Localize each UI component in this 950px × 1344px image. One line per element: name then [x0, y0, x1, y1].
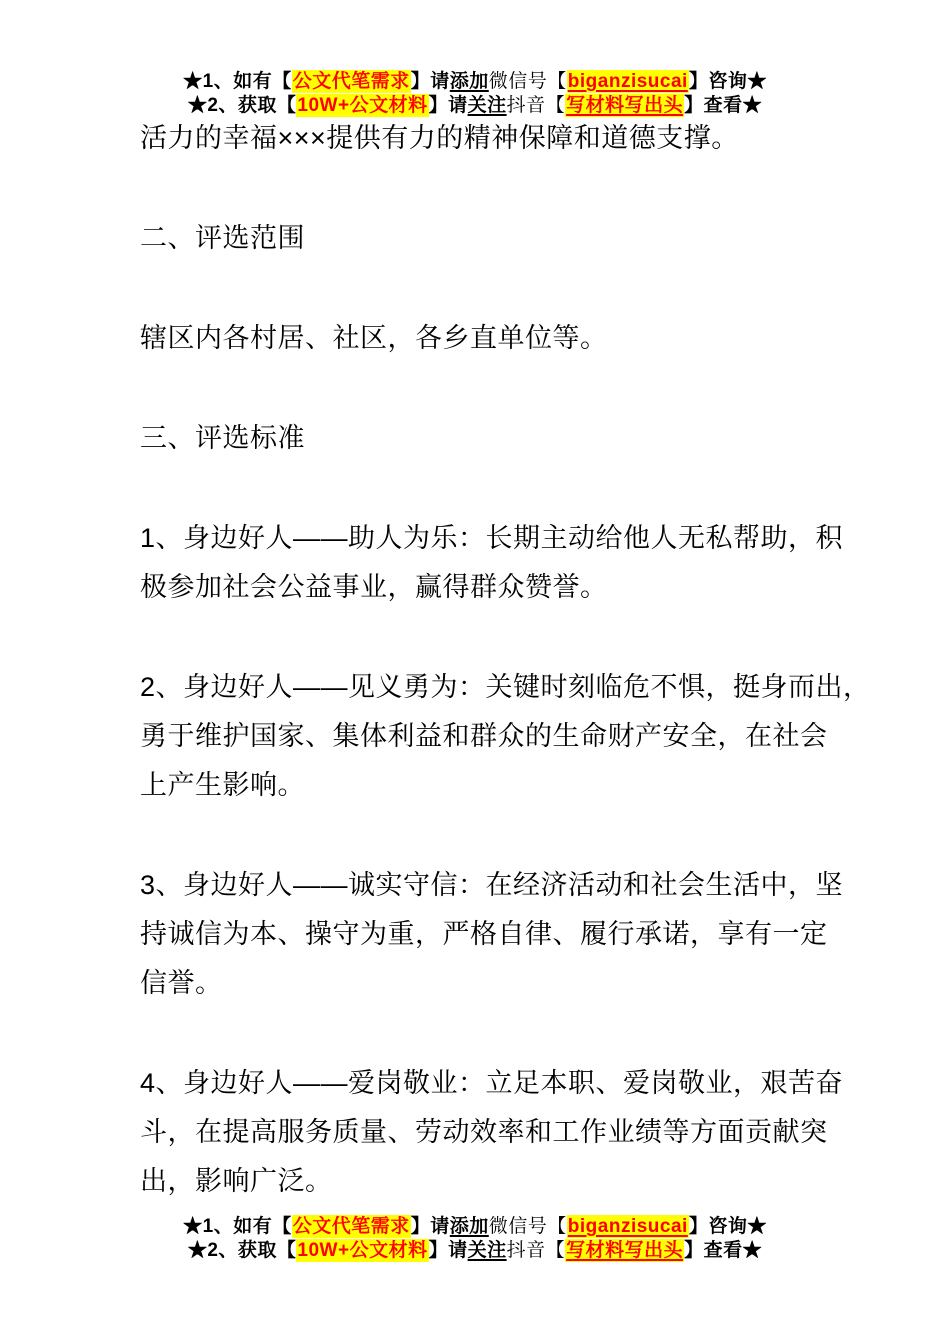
text-line: 斗，在提高服务质量、劳动效率和工作业绩等方面贡献突: [140, 1117, 828, 1147]
promo-text: 微信号【: [489, 1216, 567, 1237]
promo-banner-top: ★1、如有【公文代笔需求】请添加微信号【biganzisucai】咨询★★2、获…: [0, 70, 950, 118]
text-line: 持诚信为本、操守为重，严格自律、履行承诺，享有一定: [140, 919, 828, 949]
promo-highlight-text: 写材料写出头: [565, 1239, 684, 1262]
paragraph: 2、身边好人——见义勇为：关键时刻临危不惧，挺身而出，勇于维护国家、集体利益和群…: [140, 663, 854, 810]
promo-text: 抖音【: [507, 1240, 566, 1261]
promo-text: ★1、如有【: [183, 71, 292, 92]
promo-text: 添加: [450, 1216, 489, 1237]
promo-text: 】咨询★: [689, 1216, 767, 1237]
document-page: { "colors": { "text": "#000000", "red": …: [0, 0, 950, 1344]
paragraph: 4、身边好人——爱岗敬业：立足本职、爱岗敬业，艰苦奋斗，在提高服务质量、劳动效率…: [140, 1059, 854, 1206]
text-line: 信誉。: [140, 968, 223, 998]
text-line: 出，影响广泛。: [140, 1166, 333, 1196]
promo-text: 】查看★: [684, 95, 762, 116]
promo-text: ★2、获取【: [188, 1240, 297, 1261]
text-line: 勇于维护国家、集体利益和群众的生命财产安全，在社会: [140, 721, 828, 751]
promo-highlight-text: 公文代笔需求: [292, 70, 411, 93]
promo-text: 】查看★: [684, 1240, 762, 1261]
text-line: 3、身边好人——诚实守信：在经济活动和社会生活中，坚: [140, 870, 843, 900]
paragraph: 3、身边好人——诚实守信：在经济活动和社会生活中，坚持诚信为本、操守为重，严格自…: [140, 861, 854, 1008]
promo-line: ★2、获取【10W+公文材料】请关注抖音【写材料写出头】查看★: [0, 1239, 950, 1263]
promo-line: ★1、如有【公文代笔需求】请添加微信号【biganzisucai】咨询★: [0, 70, 950, 94]
promo-text: 】请: [429, 1240, 468, 1261]
page: ★1、如有【公文代笔需求】请添加微信号【biganzisucai】咨询★★2、获…: [0, 0, 950, 1344]
promo-text: 抖音【: [507, 95, 566, 116]
text-line: 辖区内各村居、社区，各乡直单位等。: [140, 323, 608, 353]
text-line: 二、评选范围: [140, 223, 305, 253]
promo-line: ★1、如有【公文代笔需求】请添加微信号【biganzisucai】咨询★: [0, 1215, 950, 1239]
promo-text: 添加: [450, 71, 489, 92]
text-line: 三、评选标准: [140, 423, 305, 453]
text-line: 1、身边好人——助人为乐：长期主动给他人无私帮助，积: [140, 523, 843, 553]
paragraph: 活力的幸福×××提供有力的精神保障和道德支撑。: [140, 114, 854, 163]
promo-text: 】请: [411, 1216, 450, 1237]
promo-text: ★1、如有【: [183, 1216, 292, 1237]
promo-text: 】咨询★: [689, 71, 767, 92]
document-body: 活力的幸福×××提供有力的精神保障和道德支撑。二、评选范围辖区内各村居、社区，各…: [140, 114, 854, 1206]
promo-text: 关注: [468, 1240, 507, 1261]
section-heading: 三、评选标准: [140, 414, 854, 463]
promo-highlight-text: 公文代笔需求: [292, 1215, 411, 1238]
text-line: 极参加社会公益事业，赢得群众赞誉。: [140, 572, 608, 602]
promo-highlight-text: biganzisucai: [567, 70, 689, 93]
text-line: 活力的幸福×××提供有力的精神保障和道德支撑。: [140, 123, 739, 153]
promo-text: ★2、获取【: [188, 95, 297, 116]
promo-highlight-text: 10W+公文材料: [296, 1239, 428, 1262]
promo-banner-bottom: ★1、如有【公文代笔需求】请添加微信号【biganzisucai】咨询★★2、获…: [0, 1215, 950, 1263]
section-heading: 二、评选范围: [140, 214, 854, 263]
text-line: 4、身边好人——爱岗敬业：立足本职、爱岗敬业，艰苦奋: [140, 1068, 843, 1098]
paragraph: 辖区内各村居、社区，各乡直单位等。: [140, 314, 854, 363]
promo-text: 微信号【: [489, 71, 567, 92]
text-line: 上产生影响。: [140, 770, 305, 800]
promo-highlight-text: biganzisucai: [567, 1215, 689, 1238]
promo-text: 】请: [429, 95, 468, 116]
promo-text: 】请: [411, 71, 450, 92]
text-line: 2、身边好人——见义勇为：关键时刻临危不惧，挺身而出，: [140, 672, 871, 702]
promo-text: 关注: [468, 95, 507, 116]
paragraph: 1、身边好人——助人为乐：长期主动给他人无私帮助，积极参加社会公益事业，赢得群众…: [140, 514, 854, 612]
